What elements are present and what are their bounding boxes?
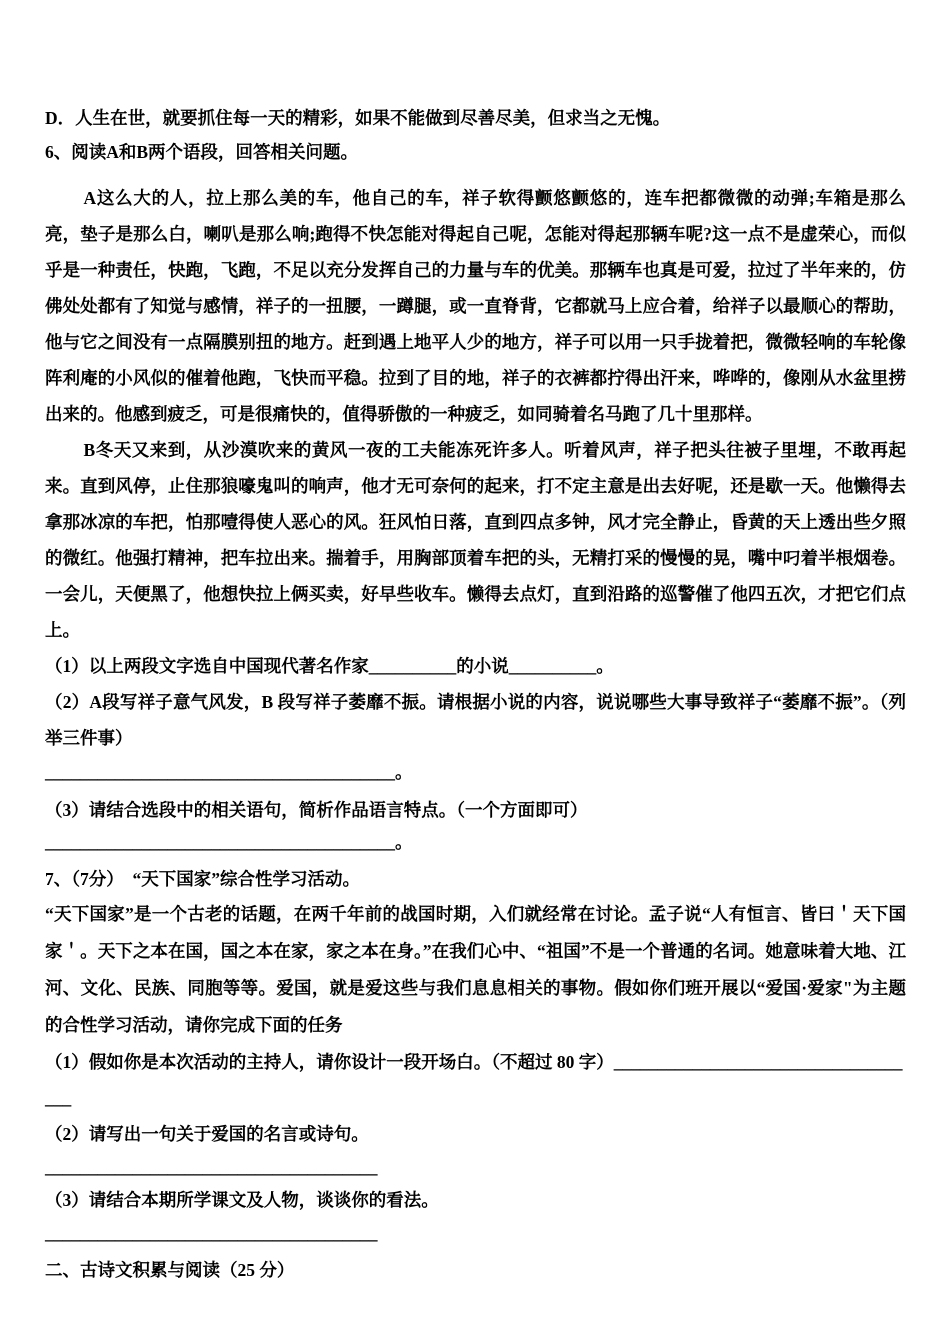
q7-body: “天下国家”是一个古老的话题，在两千年前的战国时期，入们就经常在讨论。孟子说“人… — [45, 896, 906, 1044]
q6-sub2: （2）A段写祥子意气风发，B 段写祥子萎靡不振。请根据小说的内容，说说哪些大事导… — [45, 684, 906, 756]
q6-sub2-answer-blank: ________________________________________… — [45, 758, 906, 786]
q7-sub3: （3）请结合本期所学课文及人物，谈谈你的看法。 — [45, 1182, 906, 1218]
q7-sub2-answer-blank: ______________________________________ — [45, 1152, 906, 1182]
q7-sub1-continuation-blank: ___ — [45, 1080, 906, 1116]
question-7-head: 7、（7分） “天下国家”综合性学习活动。 — [45, 862, 906, 896]
q6-sub1: （1）以上两段文字选自中国现代著名作家__________的小说________… — [45, 648, 906, 684]
q7-sub1: （1）假如你是本次活动的主持人，请你设计一段开场白。（不超过 80 字）____… — [45, 1044, 906, 1080]
exam-page: D．人生在世，就要抓住每一天的精彩，如果不能做到尽善尽美，但求当之无愧。 6、阅… — [0, 0, 950, 1344]
question-6-intro: 6、阅读A和B两个语段，回答相关问题。 — [45, 138, 906, 166]
q7-sub3-answer-blank: ______________________________________ — [45, 1218, 906, 1248]
q7-sub2: （2）请写出一句关于爱国的名言或诗句。 — [45, 1116, 906, 1152]
passage-b: B冬天又来到，从沙漠吹来的黄风一夜的工夫能冻死许多人。听着风声，祥子把头往被子里… — [45, 432, 906, 648]
q6-sub3: （3）请结合选段中的相关语句，简析作品语言特点。（一个方面即可） — [45, 792, 906, 828]
q6-sub3-answer-blank: ________________________________________… — [45, 828, 906, 856]
passage-a: A这么大的人，拉上那么美的车，他自己的车，祥子软得颤悠颤悠的，连车把都微微的动弹… — [45, 180, 906, 432]
section-2-heading: 二、古诗文积累与阅读（25 分） — [45, 1254, 906, 1286]
option-d: D．人生在世，就要抓住每一天的精彩，如果不能做到尽善尽美，但求当之无愧。 — [45, 104, 906, 132]
